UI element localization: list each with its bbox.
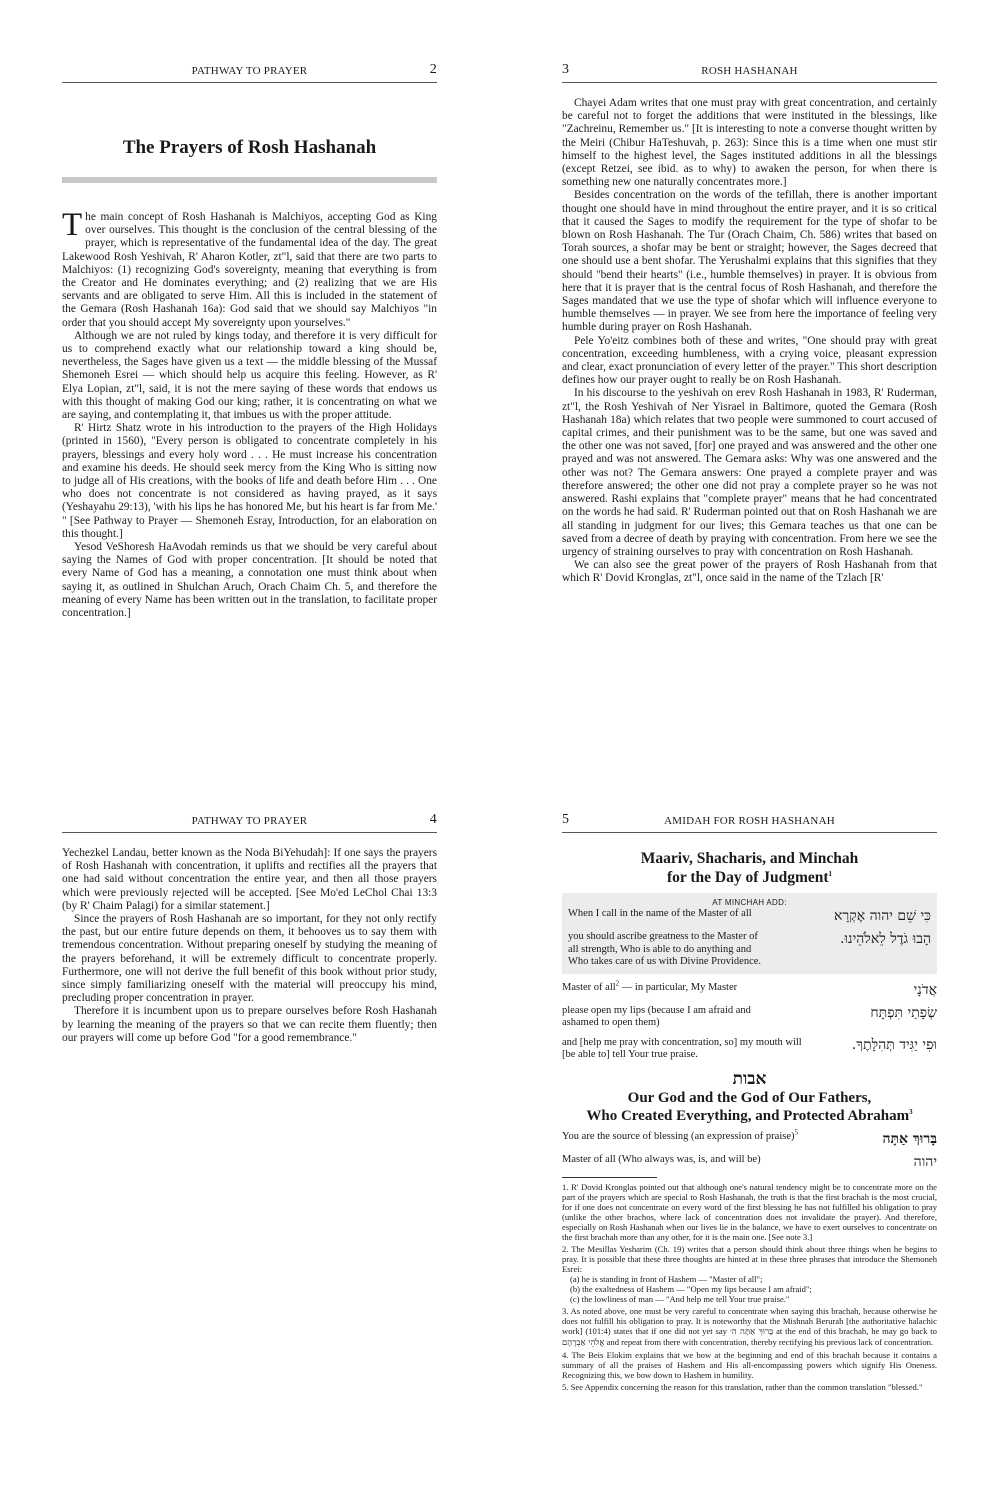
title-divider-bar — [62, 177, 437, 183]
running-head: 3 ROSH HASHANAH — [562, 62, 937, 83]
drop-cap: T — [62, 212, 82, 238]
paragraph: Yesod VeShoresh HaAvodah reminds us that… — [62, 541, 437, 620]
prayer-line: please open my lips (because I am afraid… — [562, 1005, 937, 1030]
hebrew-text: וּפִי יַגִּיד תְּהִלָּתֶךָ. — [852, 1037, 937, 1053]
footnote-separator — [562, 1177, 657, 1178]
paragraph: In his discourse to the yeshivah on erev… — [562, 387, 937, 559]
paragraph: R' Hirtz Shatz wrote in his introduction… — [62, 422, 437, 541]
running-head-title: ROSH HASHANAH — [562, 65, 937, 77]
paragraph: The main concept of Rosh Hashanah is Mal… — [62, 211, 437, 330]
page-3: 3 ROSH HASHANAH Chayei Adam writes that … — [562, 62, 937, 586]
prayer-line: You are the source of blessing (an expre… — [562, 1131, 937, 1147]
chapter-title: The Prayers of Rosh Hashanah — [62, 137, 437, 159]
footnote-4: 4. The Beis Elokim explains that we bow … — [562, 1350, 937, 1380]
page-5: 5 AMIDAH FOR ROSH HASHANAH Maariv, Shach… — [562, 812, 937, 1394]
english-translation: please open my lips (because I am afraid… — [562, 1005, 770, 1030]
paragraph: Pele Yo'eitz combines both of these and … — [562, 335, 937, 388]
footnotes: 1. R' Dovid Kronglas pointed out that al… — [562, 1182, 937, 1392]
paragraph: Therefore it is incumbent upon us to pre… — [62, 1005, 437, 1045]
prayer-line: Master of all2 — in particular, My Maste… — [562, 982, 937, 998]
footnote-2-item-c: (c) the lowliness of man — "And help me … — [562, 1294, 937, 1304]
running-head: PATHWAY TO PRAYER 2 — [62, 62, 437, 83]
footnote-2-item-a: (a) he is standing in front of Hashem — … — [562, 1274, 937, 1284]
hebrew-text: אֲדֹנָי — [914, 982, 937, 998]
hebrew-text: כִּי שֵׁם יהוה אֶקְרָא — [834, 908, 931, 924]
paragraph: Besides concentration on the words of th… — [562, 189, 937, 334]
hebrew-inline: אֱלֹהֵי אַבְרָהָם — [562, 1338, 604, 1348]
paragraph: We can also see the great power of the p… — [562, 559, 937, 585]
english-translation: and [help me pray with concentration, so… — [562, 1037, 810, 1062]
running-head-title: PATHWAY TO PRAYER — [62, 65, 437, 77]
paragraph: Although we are not ruled by kings today… — [62, 330, 437, 422]
prayer-line: Master of all (Who always was, is, and w… — [562, 1154, 937, 1170]
section-title: Maariv, Shacharis, and Minchah for the D… — [562, 849, 937, 887]
hebrew-text: יהוה — [914, 1154, 937, 1170]
footnote-2-item-b: (b) the exaltedness of Hashem — "Open my… — [562, 1284, 937, 1294]
body-text: Chayei Adam writes that one must pray wi… — [562, 97, 937, 586]
footnote-ref: 1 — [829, 870, 833, 878]
running-head-title: AMIDAH FOR ROSH HASHANAH — [562, 815, 937, 827]
footnote-2: 2. The Mesillas Yesharim (Ch. 19) writes… — [562, 1244, 937, 1274]
footnote-ref: 5 — [795, 1128, 799, 1136]
running-head: 5 AMIDAH FOR ROSH HASHANAH — [562, 812, 937, 833]
paragraph: Chayei Adam writes that one must pray wi… — [562, 97, 937, 189]
english-translation: You are the source of blessing (an expre… — [562, 1131, 882, 1144]
hebrew-inline: בָּרוּךְ אַתָּה ה׳ — [730, 1327, 773, 1337]
english-translation: Master of all (Who always was, is, and w… — [562, 1154, 914, 1167]
english-translation: you should ascribe greatness to the Mast… — [568, 931, 776, 969]
page-number: 2 — [430, 62, 437, 78]
page-number: 4 — [430, 812, 437, 828]
paragraph: Since the prayers of Rosh Hashanah are s… — [62, 913, 437, 1005]
blessing-title: Our God and the God of Our Fathers, Who … — [562, 1089, 937, 1125]
footnote-1: 1. R' Dovid Kronglas pointed out that al… — [562, 1182, 937, 1242]
page-2: PATHWAY TO PRAYER 2 The Prayers of Rosh … — [62, 62, 437, 620]
hebrew-text: הָבוּ גֹדֶל לֵאלֹהֵינוּ. — [840, 931, 931, 947]
footnote-3: 3. As noted above, one must be very care… — [562, 1306, 937, 1348]
paragraph: Yechezkel Landau, better known as the No… — [62, 847, 437, 913]
page-4: PATHWAY TO PRAYER 4 Yechezkel Landau, be… — [62, 812, 437, 1045]
box-caption: AT MINCHAH ADD: — [568, 898, 931, 907]
prayer-line: you should ascribe greatness to the Mast… — [568, 931, 931, 969]
english-translation: When I call in the name of the Master of… — [568, 908, 834, 921]
hebrew-text: בָּרוּךְ אַתָּה — [882, 1131, 937, 1147]
body-text: The main concept of Rosh Hashanah is Mal… — [62, 211, 437, 620]
hebrew-text: שְׂפָתַי תִּפְתָּח — [870, 1005, 937, 1021]
running-head: PATHWAY TO PRAYER 4 — [62, 812, 437, 833]
prayer-line: and [help me pray with concentration, so… — [562, 1037, 937, 1062]
footnote-ref: 3 — [909, 1108, 913, 1116]
running-head-title: PATHWAY TO PRAYER — [62, 815, 437, 827]
english-translation: Master of all2 — in particular, My Maste… — [562, 982, 914, 995]
body-text: Yechezkel Landau, better known as the No… — [62, 847, 437, 1045]
footnote-5: 5. See Appendix concerning the reason fo… — [562, 1382, 937, 1392]
minchah-addition-box: AT MINCHAH ADD: When I call in the name … — [562, 893, 937, 974]
prayer-line: When I call in the name of the Master of… — [568, 908, 931, 924]
hebrew-section-heading: אבות — [562, 1069, 937, 1089]
